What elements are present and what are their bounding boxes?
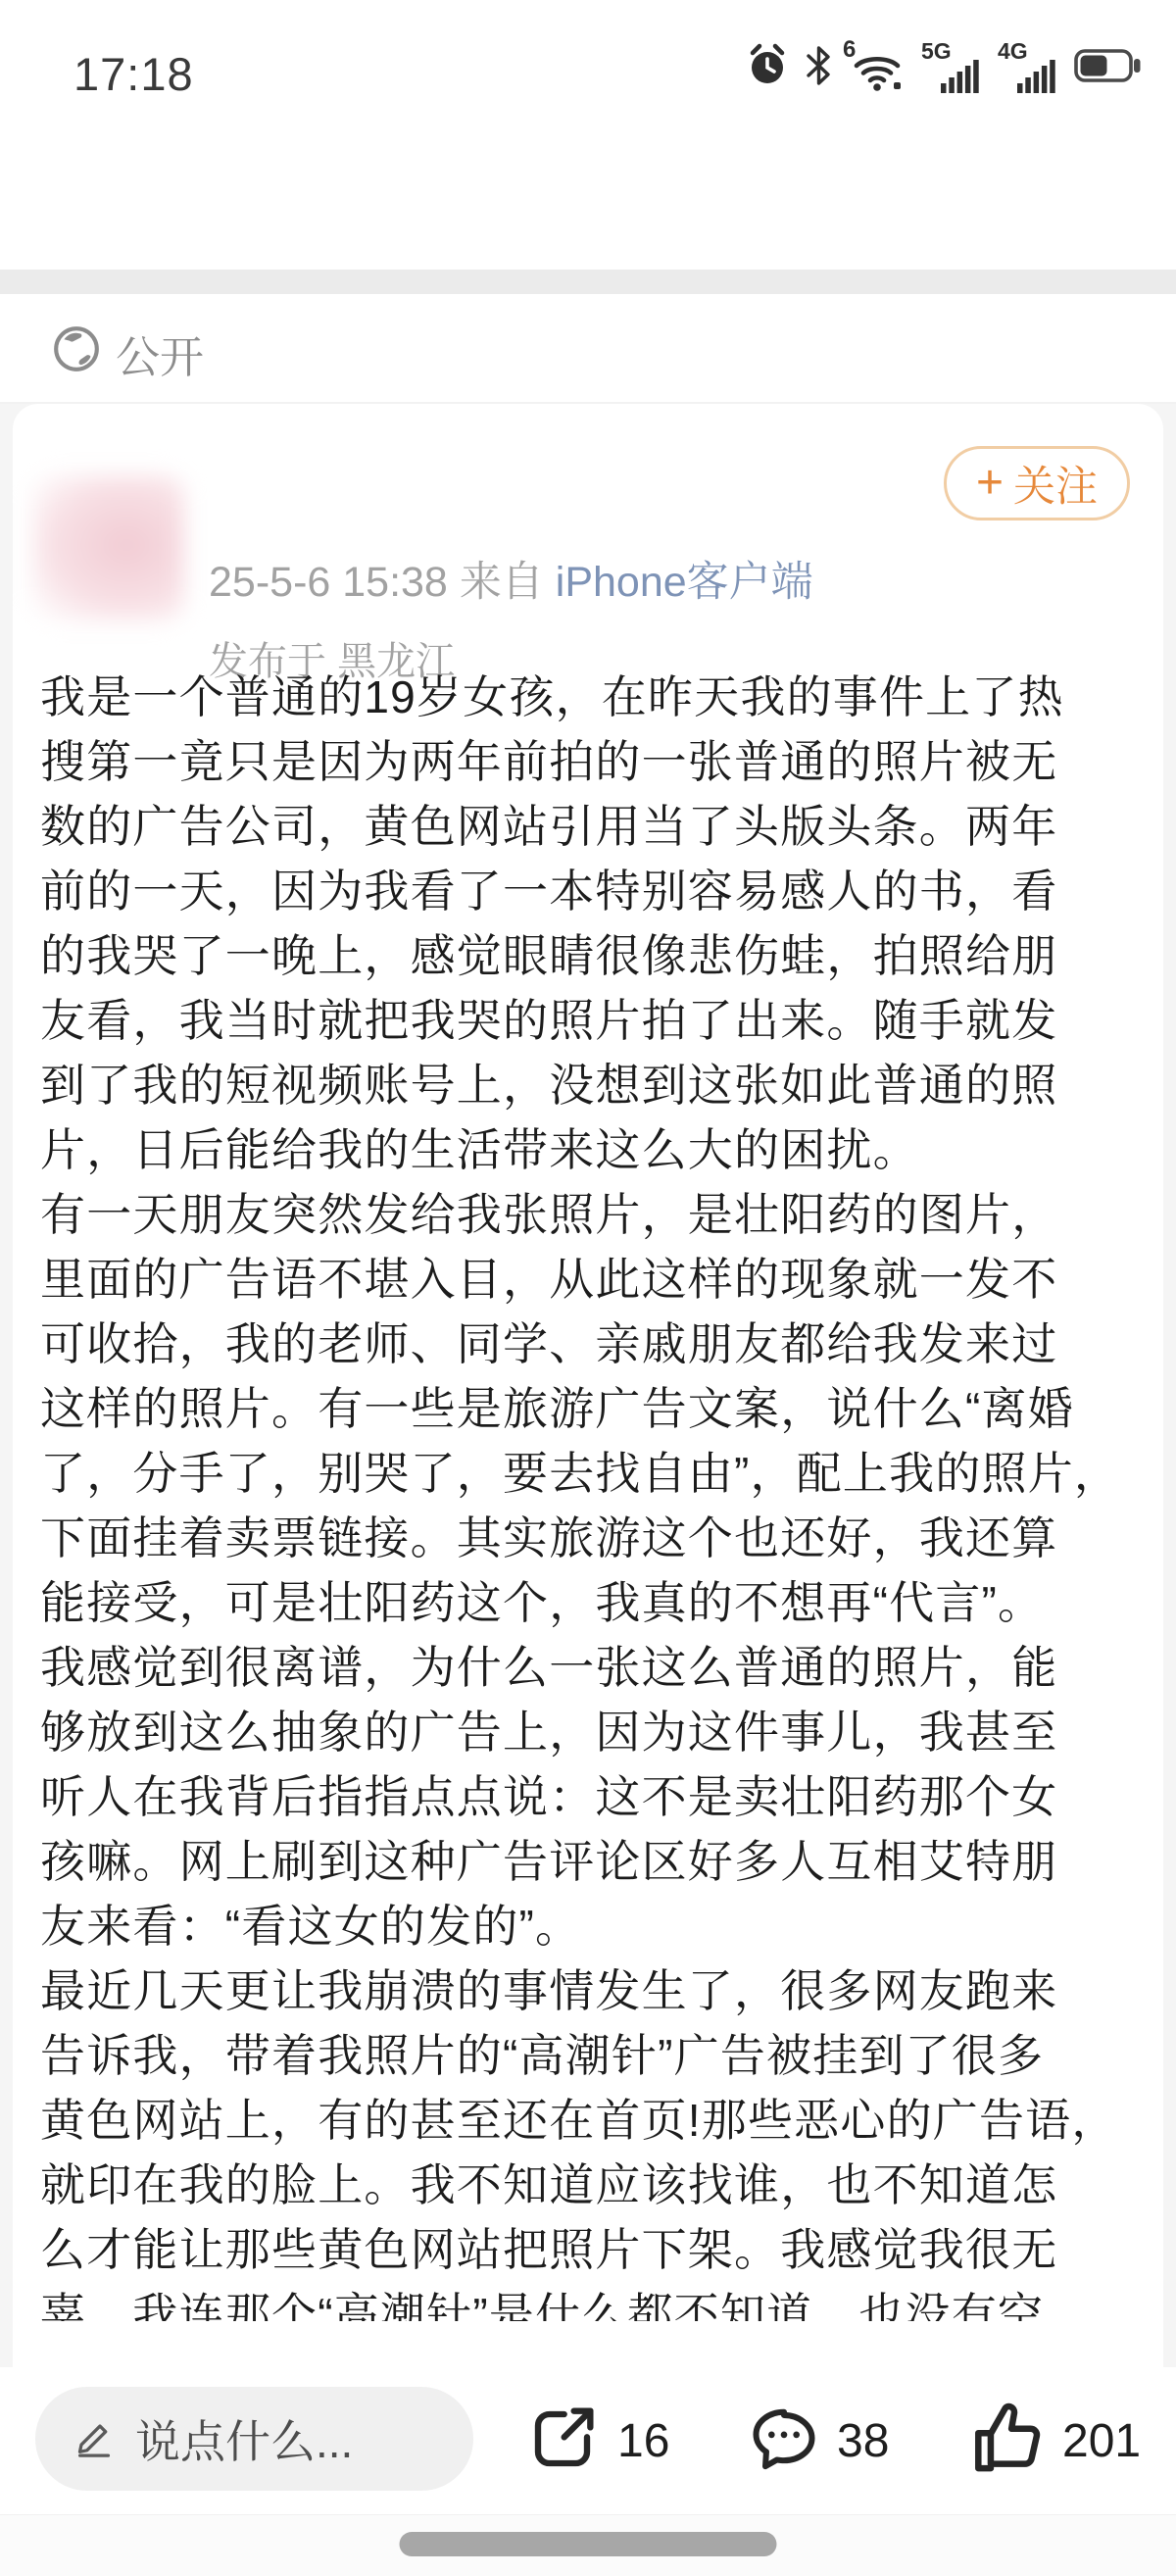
post-text-line: 搜第一竟只是因为两年前拍的一张普通的照片被无 — [40, 729, 1155, 794]
post-text-line: 我是一个普通的19岁女孩，在昨天我的事件上了热 — [40, 665, 1155, 729]
post-text-line: 里面的广告语不堪入目，从此这样的现象就一发不 — [40, 1247, 1155, 1312]
redacted-avatar[interactable] — [32, 474, 184, 621]
post-text-line: 有一天朋友突然发给我张照片，是壮阳药的图片， — [40, 1182, 1155, 1247]
signal-5g-icon: 5G — [921, 40, 984, 95]
post-text-line: 可收拾，我的老师、同学、亲戚朋友都给我发来过 — [40, 1312, 1155, 1376]
weibo-post-screen: { "status_bar": { "time": "17:18", "wifi… — [0, 0, 1176, 2576]
bottom-action-bar: 说点什么... 16 38 — [0, 2367, 1176, 2514]
visibility-label: 公开 — [116, 322, 204, 385]
visibility-row[interactable]: 公开 — [0, 294, 1176, 404]
post-text-line: 够放到这么抽象的广告上，因为这件事儿，我甚至 — [40, 1700, 1155, 1764]
comment-button[interactable]: 38 — [747, 2367, 889, 2514]
comment-input[interactable]: 说点什么... — [35, 2387, 473, 2491]
post-text-line: 辜，我连那个“高潮针”是什么都不知道，也没有空 — [40, 2282, 1155, 2321]
post-text-line: 就印在我的脸上。我不知道应该找谁，也不知道怎 — [40, 2153, 1155, 2217]
clock-time: 17:18 — [73, 47, 194, 101]
wifi6-icon: 6 — [847, 40, 907, 95]
post-text-line: 最近几天更让我崩溃的事情发生了，很多网友跑来 — [40, 1958, 1155, 2023]
battery-icon — [1074, 45, 1143, 91]
source-prefix: 来自 — [460, 559, 544, 606]
post-text-line: 告诉我，带着我照片的“高潮针”广告被挂到了很多 — [40, 2023, 1155, 2088]
home-indicator[interactable] — [400, 2532, 777, 2556]
share-button[interactable]: 16 — [523, 2367, 669, 2514]
bluetooth-icon — [804, 42, 833, 94]
post-text-line: 友来看：“看这女的发的”。 — [40, 1894, 1155, 1958]
post-text-line: 前的一天，因为我看了一本特别容易感人的书，看 — [40, 859, 1155, 923]
source-link[interactable]: iPhone客户端 — [556, 559, 813, 606]
post-date: 25-5-6 15:38 — [209, 559, 448, 606]
post-text-line: 孩嘛。网上刷到这种广告评论区好多人互相艾特朋 — [40, 1829, 1155, 1894]
plus-icon: + — [976, 460, 1004, 507]
section-divider — [0, 270, 1176, 294]
post-text-line: 这样的照片。有一些是旅游广告文案，说什么“离婚 — [40, 1376, 1155, 1441]
post-text-line: 我感觉到很离谱，为什么一张这么普通的照片，能 — [40, 1635, 1155, 1700]
post-text-line: 数的广告公司，黄色网站引用当了头版头条。两年 — [40, 794, 1155, 859]
post-text-line: 友看，我当时就把我哭的照片拍了出来。随手就发 — [40, 988, 1155, 1053]
comment-count: 38 — [837, 2414, 889, 2468]
post-text: 我是一个普通的19岁女孩，在昨天我的事件上了热搜第一竟只是因为两年前拍的一张普通… — [40, 665, 1155, 2321]
status-bar: 17:18 6 5G — [0, 0, 1176, 127]
globe-icon — [51, 323, 102, 379]
pencil-icon — [73, 2414, 118, 2464]
nav-bar: 微博正文 AI — [0, 127, 1176, 270]
like-count: 201 — [1062, 2414, 1141, 2468]
follow-button[interactable]: + 关注 — [944, 446, 1130, 520]
post-text-line: 的我哭了一晚上，感觉眼睛很像悲伤蛙，拍照给朋 — [40, 923, 1155, 988]
post-text-line: 能接受，可是壮阳药这个，我真的不想再“代言”。 — [40, 1570, 1155, 1635]
alarm-icon — [745, 42, 790, 94]
post-card: + 关注 25-5-6 15:38 来自 iPhone客户端 发布于 黑龙江 我… — [13, 404, 1163, 2367]
comment-bubble-icon — [747, 2402, 821, 2481]
share-count: 16 — [617, 2414, 669, 2468]
post-text-line: 么才能让那些黄色网站把照片下架。我感觉我很无 — [40, 2217, 1155, 2282]
post-text-line: 了，分手了，别哭了，要去找自由”，配上我的照片， — [40, 1441, 1155, 1506]
content-background: + 关注 25-5-6 15:38 来自 iPhone客户端 发布于 黑龙江 我… — [0, 404, 1176, 2367]
home-strip — [0, 2514, 1176, 2576]
like-button[interactable]: 201 — [966, 2367, 1141, 2514]
follow-button-label: 关注 — [1013, 454, 1098, 514]
status-icons: 6 5G 4G — [745, 39, 1143, 96]
post-text-line: 黄色网站上，有的甚至还在首页!那些恶心的广告语， — [40, 2088, 1155, 2153]
share-icon — [523, 2400, 602, 2483]
thumbs-up-icon — [966, 2399, 1047, 2484]
comment-placeholder: 说点什么... — [135, 2406, 353, 2471]
post-text-line: 片，日后能给我的生活带来这么大的困扰。 — [40, 1117, 1155, 1182]
post-text-line: 听人在我背后指指点点说：这不是卖壮阳药那个女 — [40, 1764, 1155, 1829]
post-text-line: 到了我的短视频账号上，没想到这张如此普通的照 — [40, 1053, 1155, 1117]
post-text-line: 下面挂着卖票链接。其实旅游这个也还好，我还算 — [40, 1506, 1155, 1570]
signal-4g-icon: 4G — [998, 40, 1060, 95]
